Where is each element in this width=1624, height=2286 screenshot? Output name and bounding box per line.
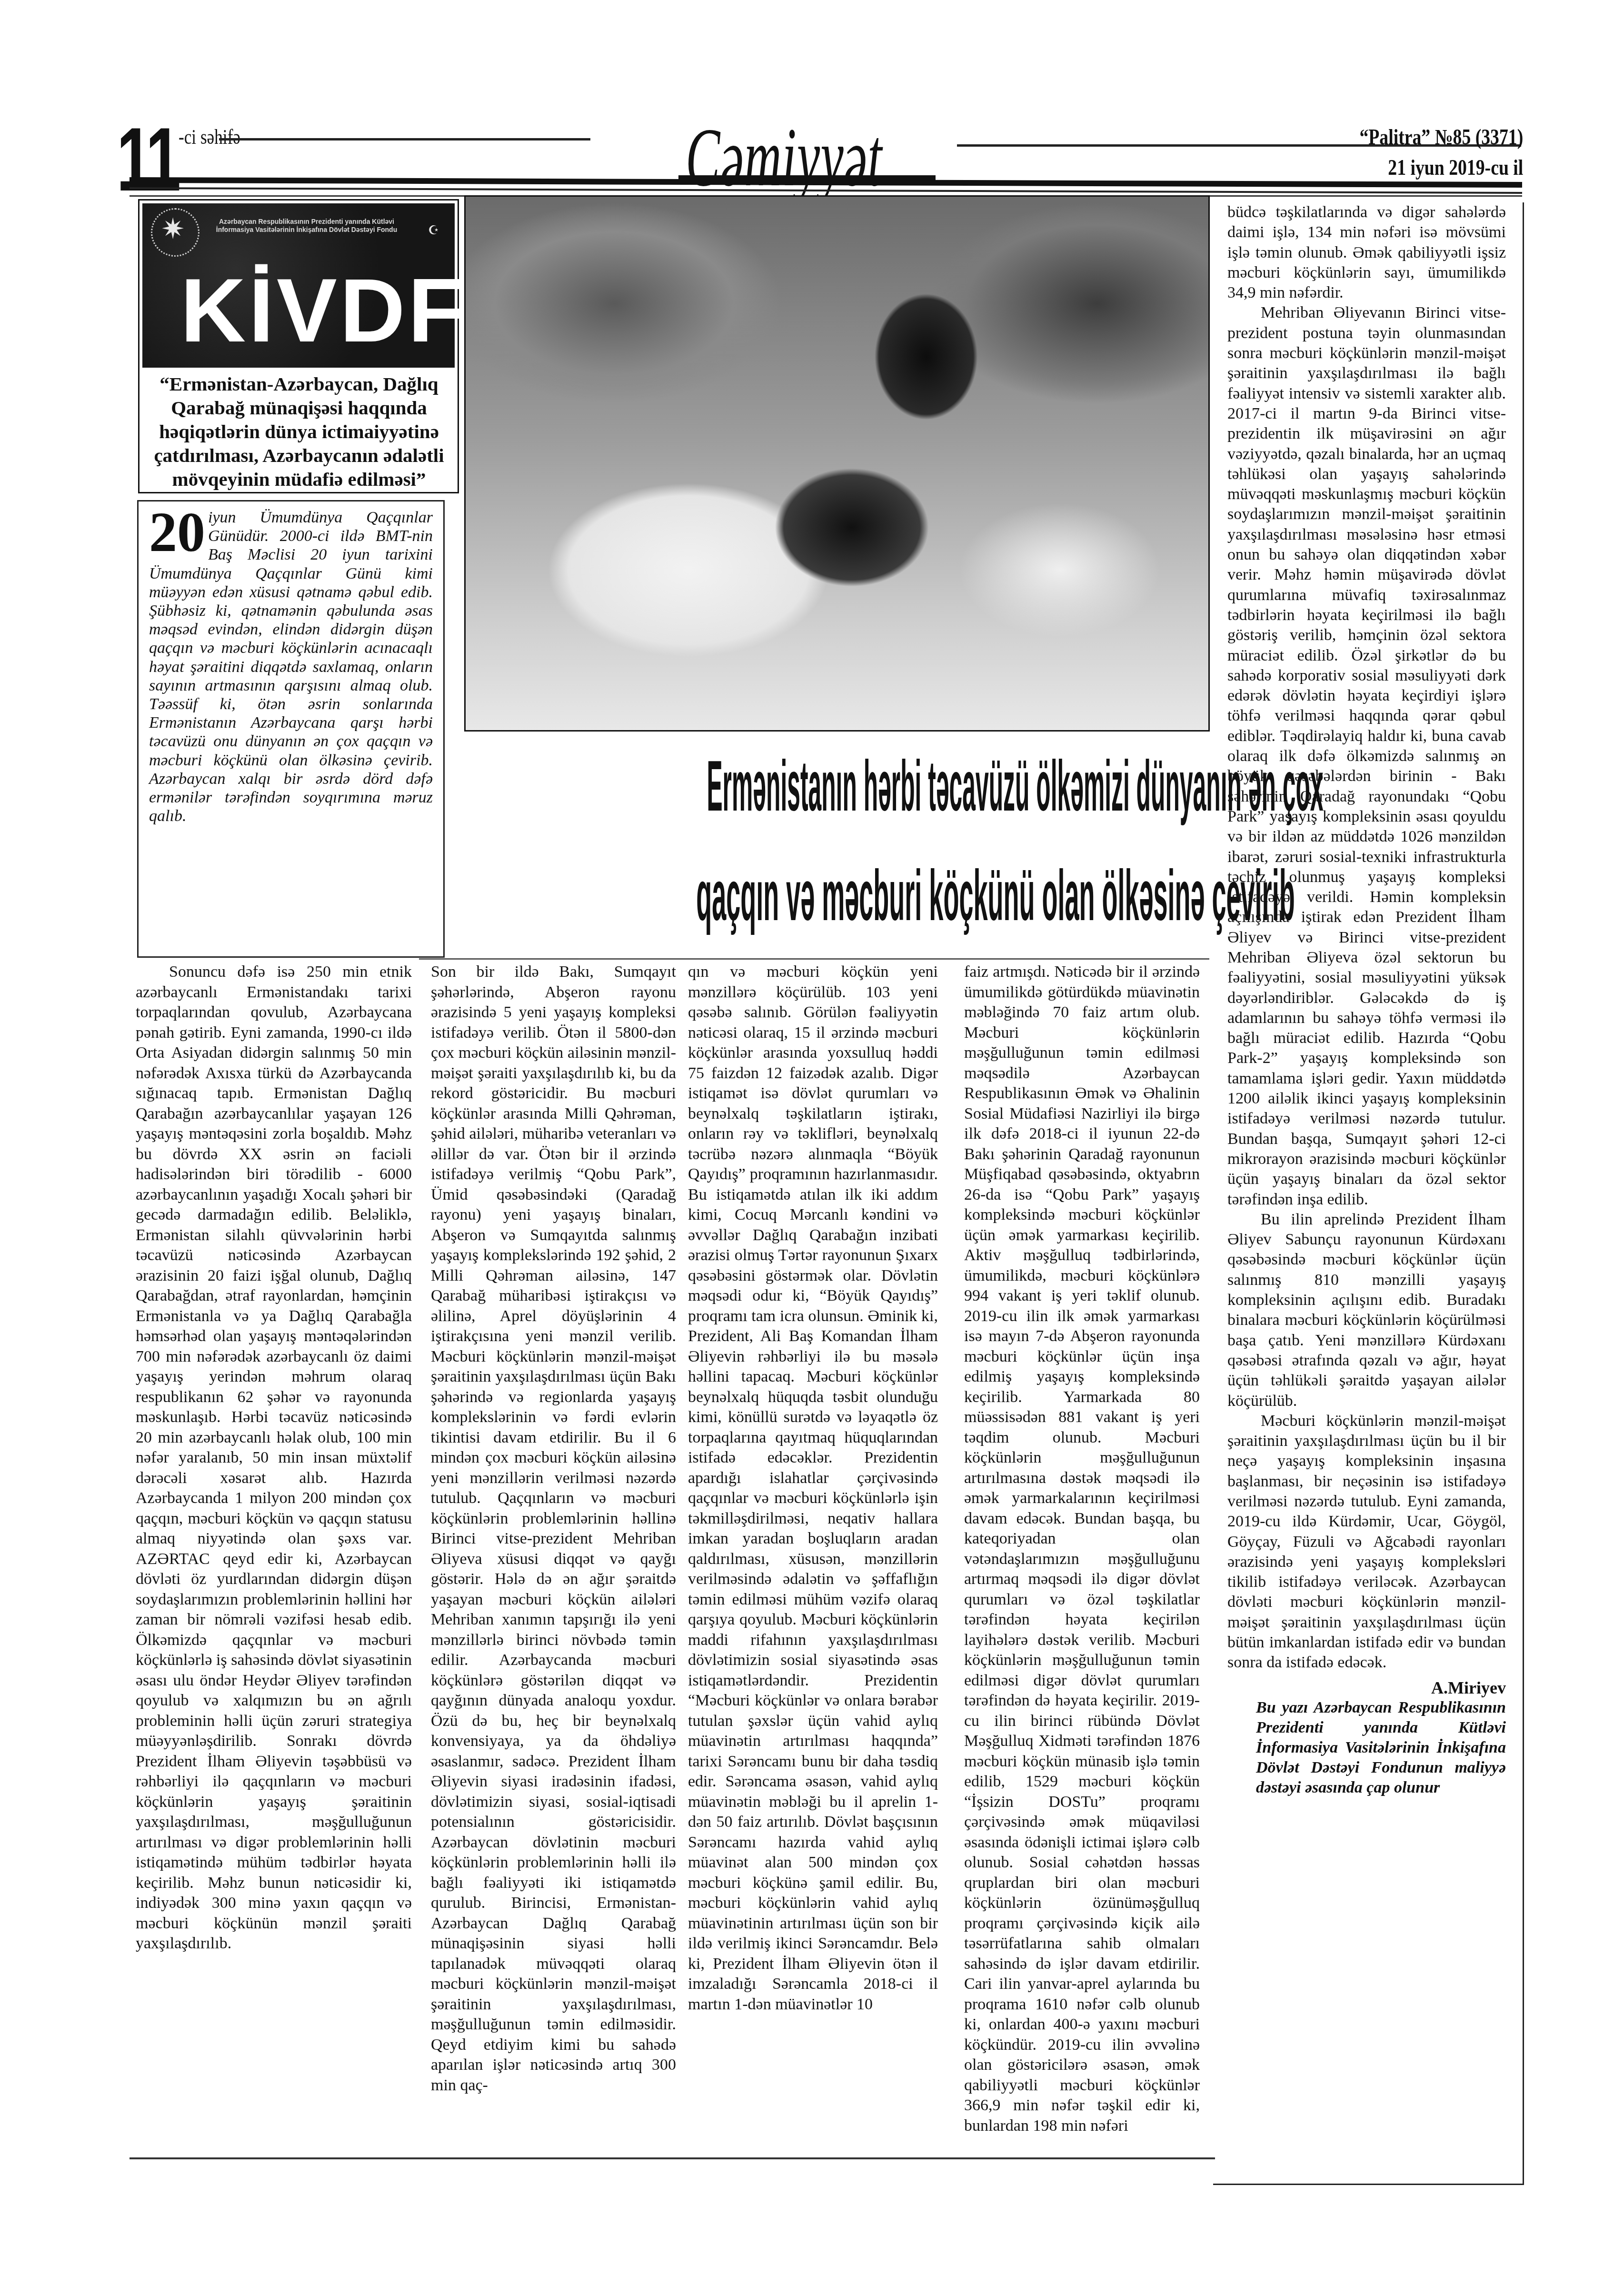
lead-dropcap: 20 bbox=[149, 511, 205, 554]
azerbaijan-emblem-icon bbox=[151, 208, 199, 257]
column-5-paragraph-2: Mehriban Əliyevanın Birinci vitse-prezid… bbox=[1227, 303, 1506, 1209]
kivdf-sponsor-box: Azərbaycan Respublikasının Prezidenti ya… bbox=[138, 199, 459, 493]
lead-box: 20iyun Ümumdünya Qaçqınlar Günüdür. 2000… bbox=[137, 500, 445, 958]
fund-name: Azərbaycan Respublikasının Prezidenti ya… bbox=[204, 218, 409, 234]
refugee-children-photo bbox=[464, 195, 1210, 732]
article-column-3: qın və məcburi köçkün yeni mənzillərə kö… bbox=[688, 962, 938, 2015]
crescent-star-icon: ☪ bbox=[428, 223, 439, 238]
column-1-text: Sonuncu dəfə isə 250 min etnik azərbayca… bbox=[136, 962, 412, 1954]
kivdf-logo: KİVDF bbox=[180, 256, 466, 365]
paper-info: “Palitra” №85 (3371) 21 iyun 2019-cu il bbox=[1359, 122, 1523, 183]
article-column-2: Son bir ildə Bakı, Sumqayıt şəhərlərində… bbox=[431, 962, 676, 2095]
funding-credit: Bu yazı Azərbaycan Respublikasının Prezi… bbox=[1256, 1698, 1506, 1798]
kivdf-banner: Azərbaycan Respublikasının Prezidenti ya… bbox=[142, 203, 455, 368]
header-rule-left bbox=[219, 138, 590, 140]
columns-top-rule bbox=[419, 958, 1209, 960]
project-title-quote: “Ermənistan-Azərbaycan, Dağlıq Qarabağ m… bbox=[144, 372, 454, 491]
article-column-4: faiz artmışdı. Nəticədə bir il ərzində ü… bbox=[964, 962, 1200, 2136]
article-column-5-frame: büdcə təşkilatlarında və digər sahələrdə… bbox=[1213, 202, 1524, 2185]
section-title: Cəmiyyət bbox=[686, 117, 883, 198]
column-3-text: qın və məcburi köçkün yeni mənzillərə kö… bbox=[688, 962, 938, 2015]
column-5-paragraph-3: Bu ilin aprelində Prezident İlham Əliyev… bbox=[1227, 1210, 1506, 1411]
article-column-5: büdcə təşkilatlarında və digər sahələrdə… bbox=[1227, 202, 1506, 1798]
author-byline: A.Miriyev bbox=[1227, 1678, 1506, 1698]
article-headline: Ermənistanın hərbi təcavüzü ölkəmizi dün… bbox=[455, 731, 1209, 950]
paper-issue: “Palitra” №85 (3371) bbox=[1359, 122, 1523, 152]
article-column-1: Sonuncu dəfə isə 250 min etnik azərbayca… bbox=[136, 962, 412, 1954]
paper-date: 21 iyun 2019-cu il bbox=[1359, 152, 1523, 183]
lead-text: 20iyun Ümumdünya Qaçqınlar Günüdür. 2000… bbox=[149, 508, 433, 825]
bottom-rule bbox=[130, 2157, 1215, 2159]
column-5-paragraph-1: büdcə təşkilatlarında və digər sahələrdə… bbox=[1227, 202, 1506, 303]
column-5-paragraph-4: Məcburi köçkünlərin mənzil-məişət şərait… bbox=[1227, 1411, 1506, 1673]
column-4-text: faiz artmışdı. Nəticədə bir il ərzində ü… bbox=[964, 962, 1200, 2136]
headline-line-1: Ermənistanın hərbi təcavüzü ölkəmizi dün… bbox=[707, 731, 957, 841]
page-number-suffix: -ci səhifə bbox=[179, 125, 240, 149]
headline-line-2: qaçqın və məcburi köçkünü olan ölkəsinə … bbox=[696, 841, 968, 950]
column-2-text: Son bir ildə Bakı, Sumqayıt şəhərlərində… bbox=[431, 962, 676, 2095]
